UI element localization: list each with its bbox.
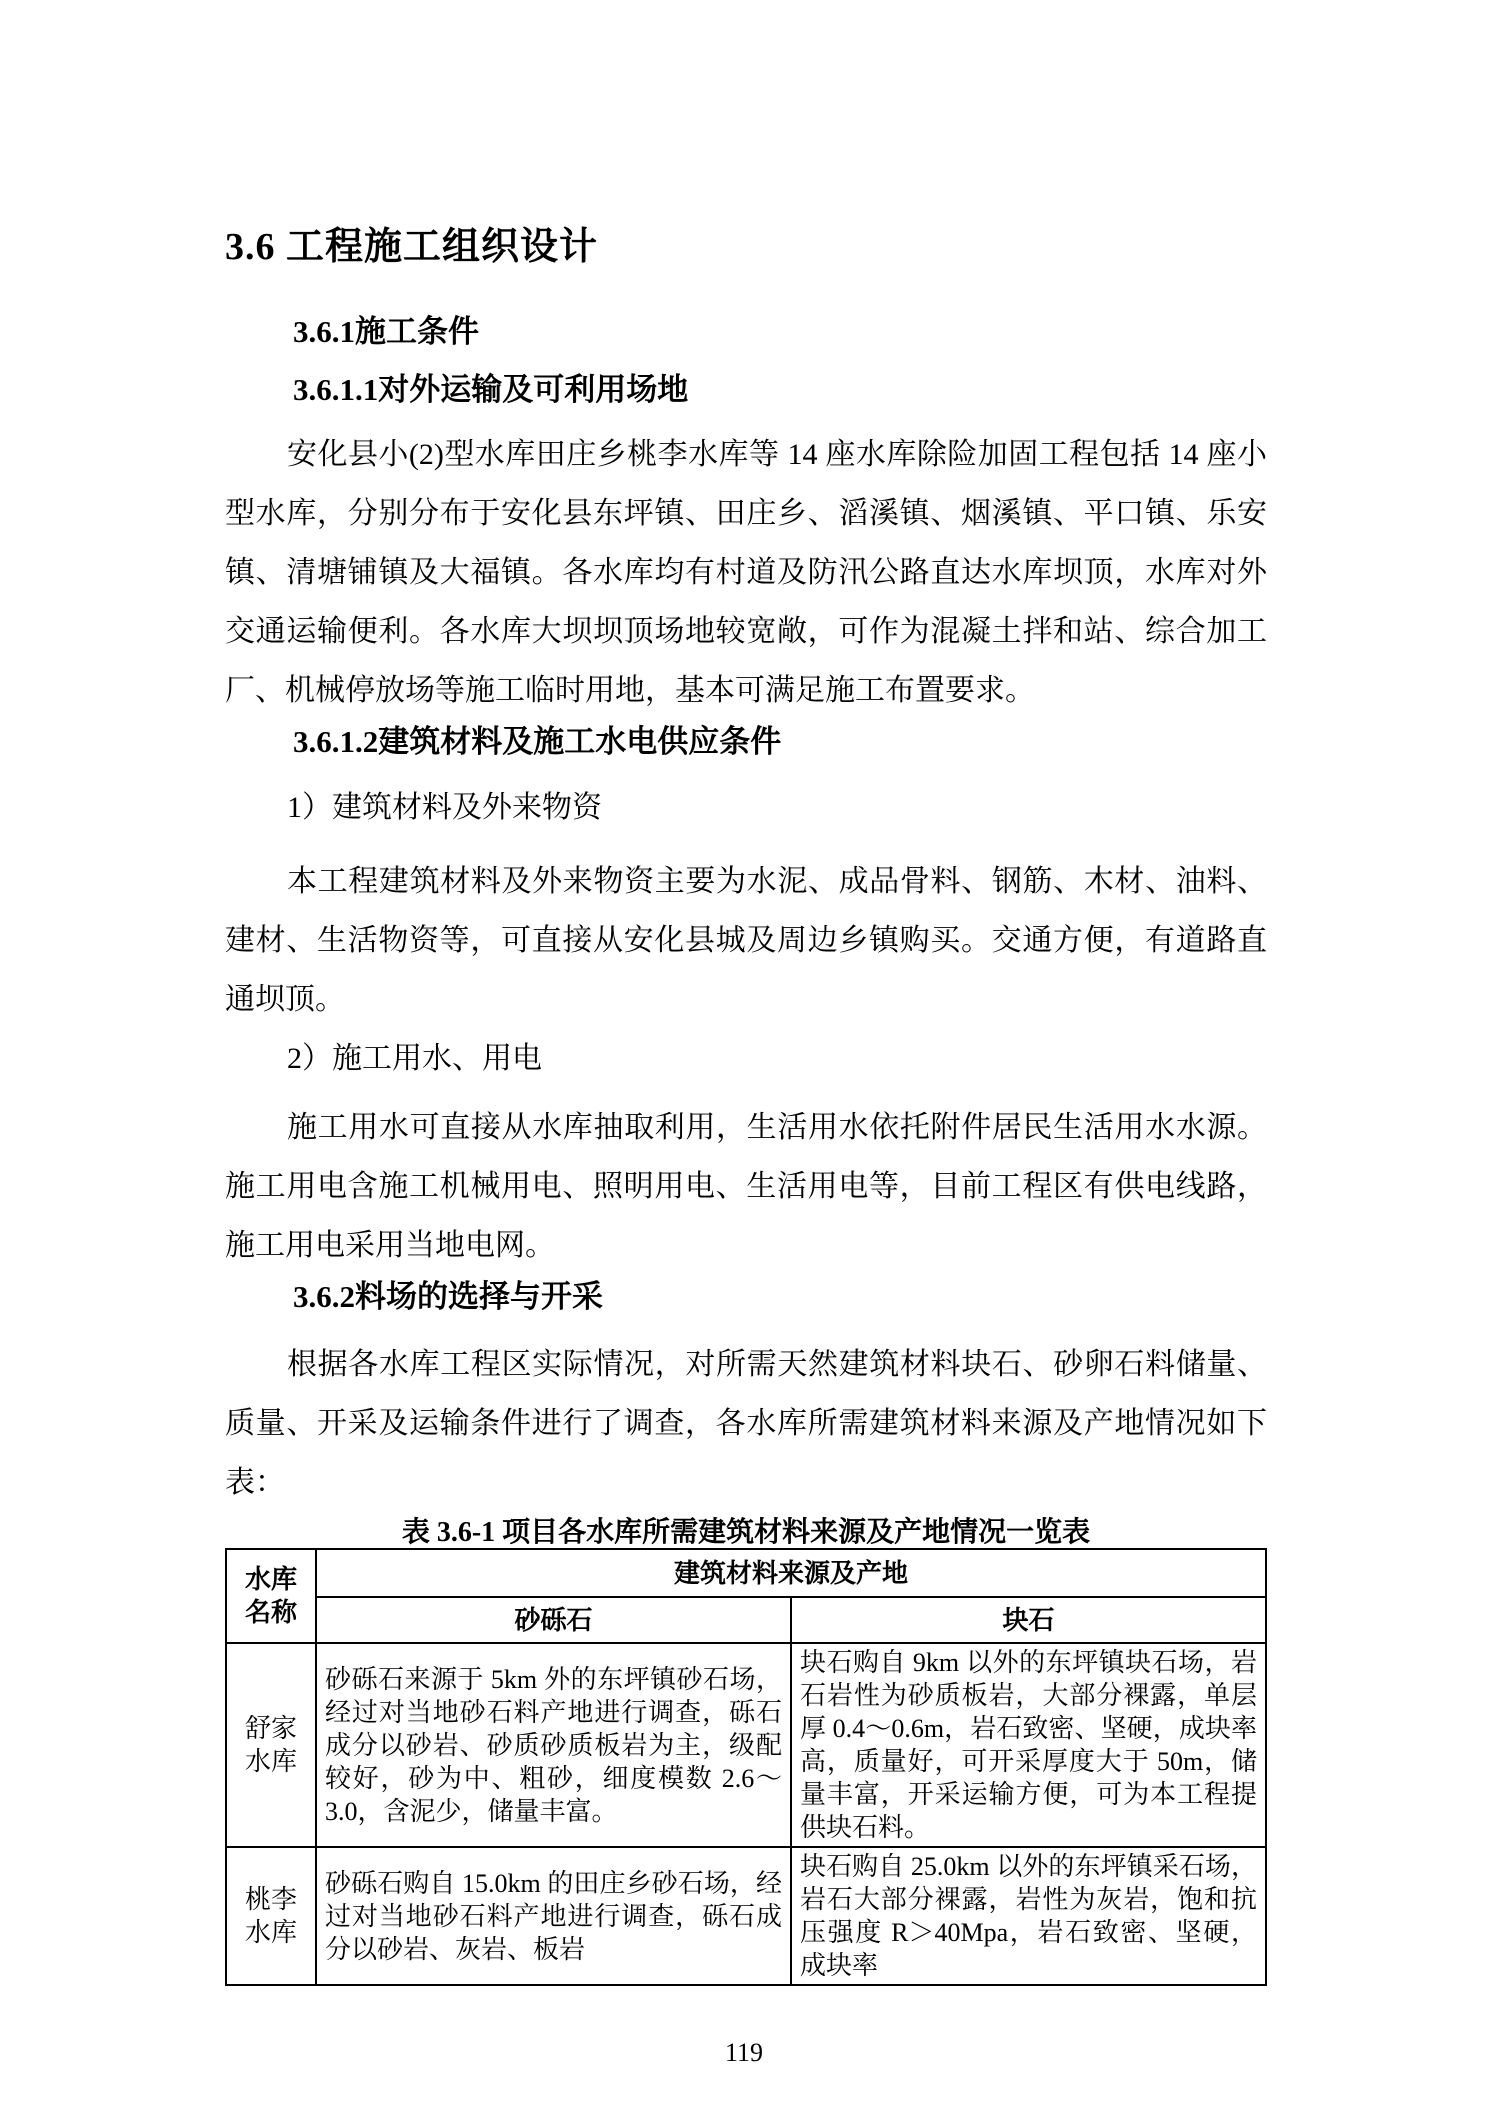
block-stone-cell: 块石购自 25.0km 以外的东坪镇采石场，岩石大部分裸露，岩性为灰岩，饱和抗压…: [791, 1847, 1266, 1985]
heading-3-6-1-2: 3.6.1.2建筑材料及施工水电供应条件: [293, 720, 1267, 764]
table-row-shujia: 舒家水库 砂砾石来源于 5km 外的东坪镇砂石场，经过对当地砂石料产地进行调查，…: [226, 1643, 1266, 1847]
heading-3-6-2: 3.6.2料场的选择与开采: [293, 1275, 1267, 1319]
reservoir-name-cell: 桃李水库: [226, 1847, 316, 1985]
column-header-block-stone: 块石: [791, 1597, 1266, 1643]
paragraph-water-power: 施工用水可直接从水库抽取利用，生活用水依托附件居民生活用水水源。施工用电含施工机…: [225, 1098, 1267, 1275]
table-header-row-1: 水库名称 建筑材料来源及产地: [226, 1549, 1266, 1597]
column-header-material-source: 建筑材料来源及产地: [316, 1549, 1266, 1597]
section-title-3-6: 3.6 工程施工组织设计: [225, 222, 1267, 272]
list-item-building-materials: 1）建筑材料及外来物资: [225, 778, 1267, 837]
document-content: 3.6 工程施工组织设计 3.6.1施工条件 3.6.1.1对外运输及可利用场地…: [225, 222, 1267, 1986]
column-header-sand-gravel: 砂砾石: [316, 1597, 791, 1643]
sand-gravel-cell: 砂砾石来源于 5km 外的东坪镇砂石场，经过对当地砂石料产地进行调查，砾石成分以…: [316, 1643, 791, 1847]
list-item-water-power: 2）施工用水、用电: [225, 1029, 1267, 1088]
block-stone-cell: 块石购自 9km 以外的东坪镇块石场，岩石岩性为砂质板岩，大部分裸露，单层厚 0…: [791, 1643, 1266, 1847]
paragraph-transport-sites: 安化县小(2)型水库田庄乡桃李水库等 14 座水库除险加固工程包括 14 座小型…: [225, 425, 1267, 720]
table-caption: 表 3.6-1 项目各水库所需建筑材料来源及产地情况一览表: [225, 1518, 1267, 1548]
paragraph-quarry-survey: 根据各水库工程区实际情况，对所需天然建筑材料块石、砂卵石料储量、质量、开采及运输…: [225, 1335, 1267, 1512]
paragraph-materials-supply: 本工程建筑材料及外来物资主要为水泥、成品骨料、钢筋、木材、油料、建材、生活物资等…: [225, 852, 1267, 1029]
document-page: 3.6 工程施工组织设计 3.6.1施工条件 3.6.1.1对外运输及可利用场地…: [0, 0, 1488, 2104]
reservoir-name-cell: 舒家水库: [226, 1643, 316, 1847]
heading-3-6-1-1: 3.6.1.1对外运输及可利用场地: [293, 368, 1267, 412]
table-header-row-2: 砂砾石 块石: [226, 1597, 1266, 1643]
sand-gravel-cell: 砂砾石购自 15.0km 的田庄乡砂石场，经过对当地砂石料产地进行调查，砾石成分…: [316, 1847, 791, 1985]
column-header-reservoir-name: 水库名称: [226, 1549, 316, 1643]
page-number: 119: [0, 2038, 1488, 2068]
materials-source-table: 水库名称 建筑材料来源及产地 砂砾石 块石 舒家水库 砂砾石来源于 5km 外的…: [225, 1548, 1267, 1986]
heading-3-6-1: 3.6.1施工条件: [293, 310, 1267, 354]
table-row-taoli: 桃李水库 砂砾石购自 15.0km 的田庄乡砂石场，经过对当地砂石料产地进行调查…: [226, 1847, 1266, 1985]
